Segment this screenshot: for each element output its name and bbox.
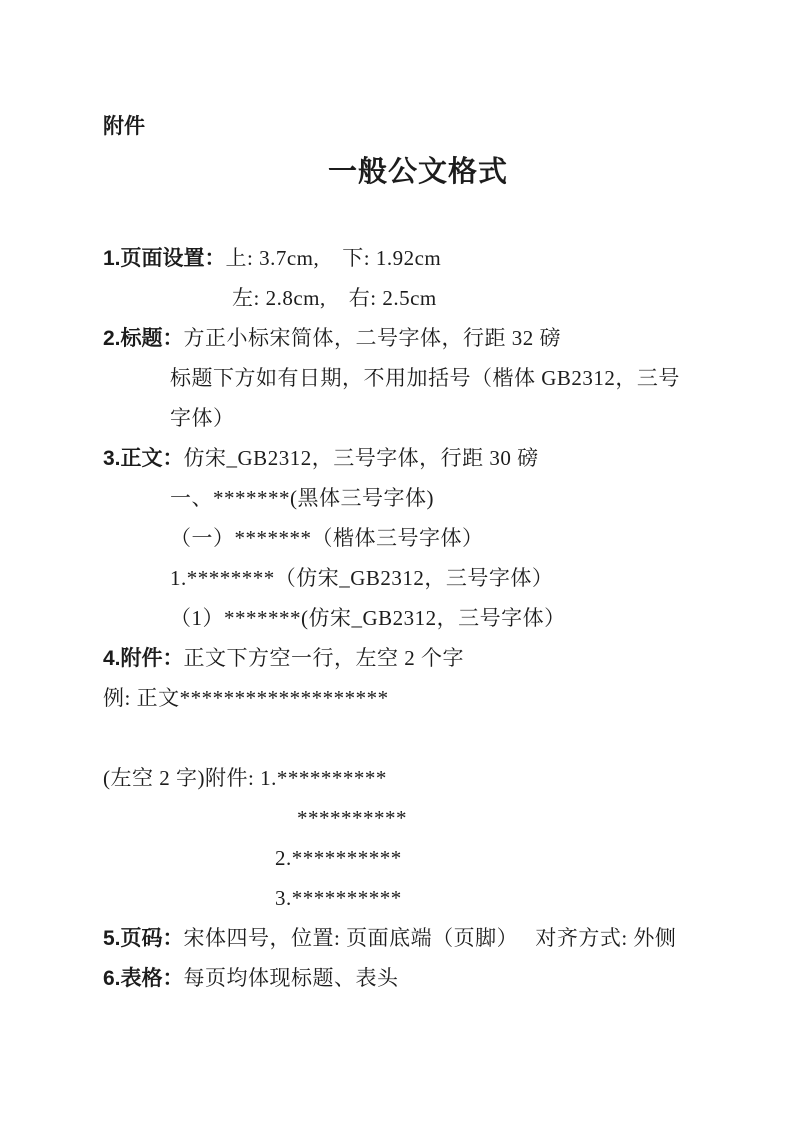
line-text: 正文下方空一行，左空 2 个字 (184, 646, 465, 670)
document-title: 一般公文格式 (103, 150, 733, 194)
line-text: 字体） (170, 406, 235, 430)
line-text: 上: 3.7cm, 下: 1.92cm (226, 246, 442, 270)
document-page: 附件 一般公文格式 1.页面设置：上: 3.7cm, 下: 1.92cm 左: … (0, 0, 793, 1122)
line-page-setup: 1.页面设置：上: 3.7cm, 下: 1.92cm (103, 238, 733, 278)
line-table: 6.表格：每页均体现标题、表头 (103, 958, 733, 998)
line-heading-cont-2: 字体） (103, 398, 733, 438)
line-page-setup-cont: 左: 2.8cm, 右: 2.5cm (103, 278, 733, 318)
line-heading-cont-1: 标题下方如有日期，不用加括号（楷体 GB2312，三号 (103, 358, 733, 398)
line-text: ********** (297, 806, 407, 830)
document-body: 1.页面设置：上: 3.7cm, 下: 1.92cm 左: 2.8cm, 右: … (103, 238, 733, 998)
line-attachment-item-1: (左空 2 字)附件: 1.********** (103, 758, 733, 798)
line-text: 2.********** (275, 846, 402, 870)
line-text: 仿宋_GB2312，三号字体，行距 30 磅 (184, 446, 539, 470)
line-attachment-item-1-cont: ********** (103, 798, 733, 838)
line-text: （一）*******（楷体三号字体） (170, 526, 484, 550)
line-attachment-item-2: 2.********** (103, 838, 733, 878)
attachment-label: 附件 (103, 112, 733, 142)
line-text: 左: 2.8cm, 右: 2.5cm (232, 286, 437, 310)
section-label: 6.表格： (103, 967, 184, 990)
line-heading: 2.标题：方正小标宋简体，二号字体，行距 32 磅 (103, 318, 733, 358)
line-attachment-rule: 4.附件：正文下方空一行，左空 2 个字 (103, 638, 733, 678)
line-text: 1.********（仿宋_GB2312，三号字体） (170, 566, 553, 590)
line-text: 例: 正文******************* (103, 686, 389, 710)
line-main-text: 3.正文：仿宋_GB2312，三号字体，行距 30 磅 (103, 438, 733, 478)
line-text: 标题下方如有日期，不用加括号（楷体 GB2312，三号 (170, 366, 680, 390)
line-page-number: 5.页码：宋体四号，位置: 页面底端（页脚） 对齐方式: 外侧 (103, 918, 733, 958)
section-label: 4.附件： (103, 647, 184, 670)
line-level-1-example: 一、*******(黑体三号字体) (103, 478, 733, 518)
line-example-body: 例: 正文******************* (103, 678, 733, 718)
line-level-3-example: 1.********（仿宋_GB2312，三号字体） (103, 558, 733, 598)
line-text: 宋体四号，位置: 页面底端（页脚） 对齐方式: 外侧 (184, 926, 677, 950)
line-text: 方正小标宋简体，二号字体，行距 32 磅 (184, 326, 562, 350)
line-text: 每页均体现标题、表头 (184, 966, 399, 990)
section-label: 5.页码： (103, 927, 184, 950)
line-level-4-example: （1）*******(仿宋_GB2312，三号字体） (103, 598, 733, 638)
line-text: （1）*******(仿宋_GB2312，三号字体） (170, 606, 566, 630)
line-text: 一、*******(黑体三号字体) (170, 486, 434, 510)
section-label: 3.正文： (103, 447, 184, 470)
line-level-2-example: （一）*******（楷体三号字体） (103, 518, 733, 558)
line-text: (左空 2 字)附件: 1.********** (103, 766, 387, 790)
line-text: 3.********** (275, 886, 402, 910)
section-label: 2.标题： (103, 327, 184, 350)
line-attachment-item-3: 3.********** (103, 878, 733, 918)
section-label: 1.页面设置： (103, 247, 226, 270)
